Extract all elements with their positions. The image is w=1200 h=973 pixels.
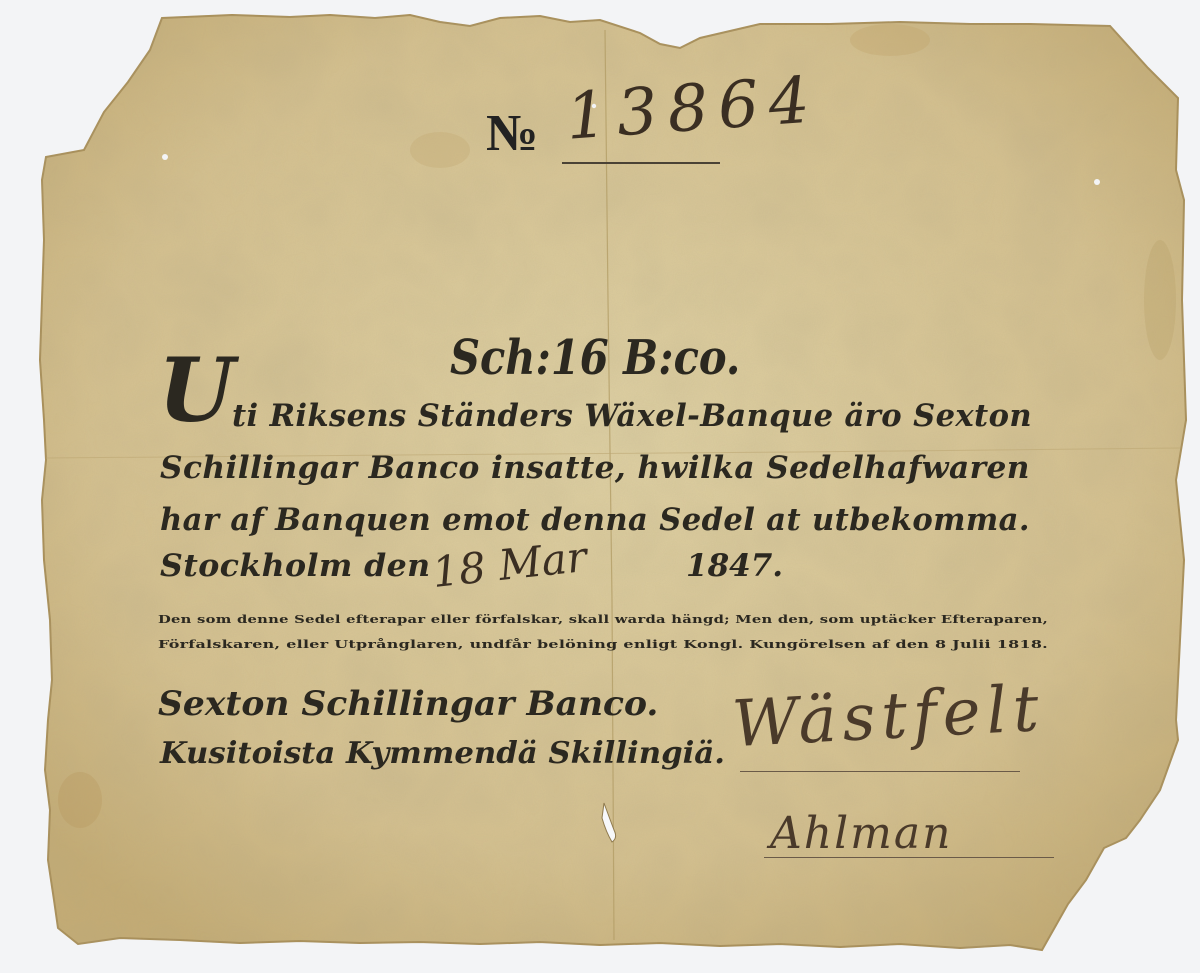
body-text-line-2: Schillingar Banco insatte, hwilka Sedelh…	[160, 450, 1030, 486]
place-line: Stockholm den	[160, 548, 430, 584]
body-text-line-3: har af Banquen emot denna Sedel at utbek…	[160, 502, 1030, 538]
paper-hole	[162, 154, 168, 160]
warning-fine-print-line-1: Den som denne Sedel efterapar eller förf…	[158, 612, 1048, 626]
signature-2-line	[764, 857, 1054, 858]
body-text-line-1: ti Riksens Ständers Wäxel-Banque äro Sex…	[232, 398, 1032, 434]
serial-underline	[562, 162, 720, 164]
denomination-heading: Sch:16 B:co.	[450, 330, 740, 386]
amount-text-swedish: Sexton Schillingar Banco.	[158, 684, 658, 724]
issue-year: 1847.	[686, 548, 783, 584]
warning-fine-print-line-2: Förfalskaren, eller Utprånglaren, undfår…	[158, 637, 1048, 651]
drop-cap-initial: U	[158, 346, 235, 434]
signature-2: Ahlman	[770, 808, 952, 859]
serial-number-label: №	[486, 104, 538, 163]
amount-text-finnish: Kusitoista Kymmendä Skillingiä.	[160, 736, 725, 771]
signature-1-line	[740, 771, 1020, 772]
